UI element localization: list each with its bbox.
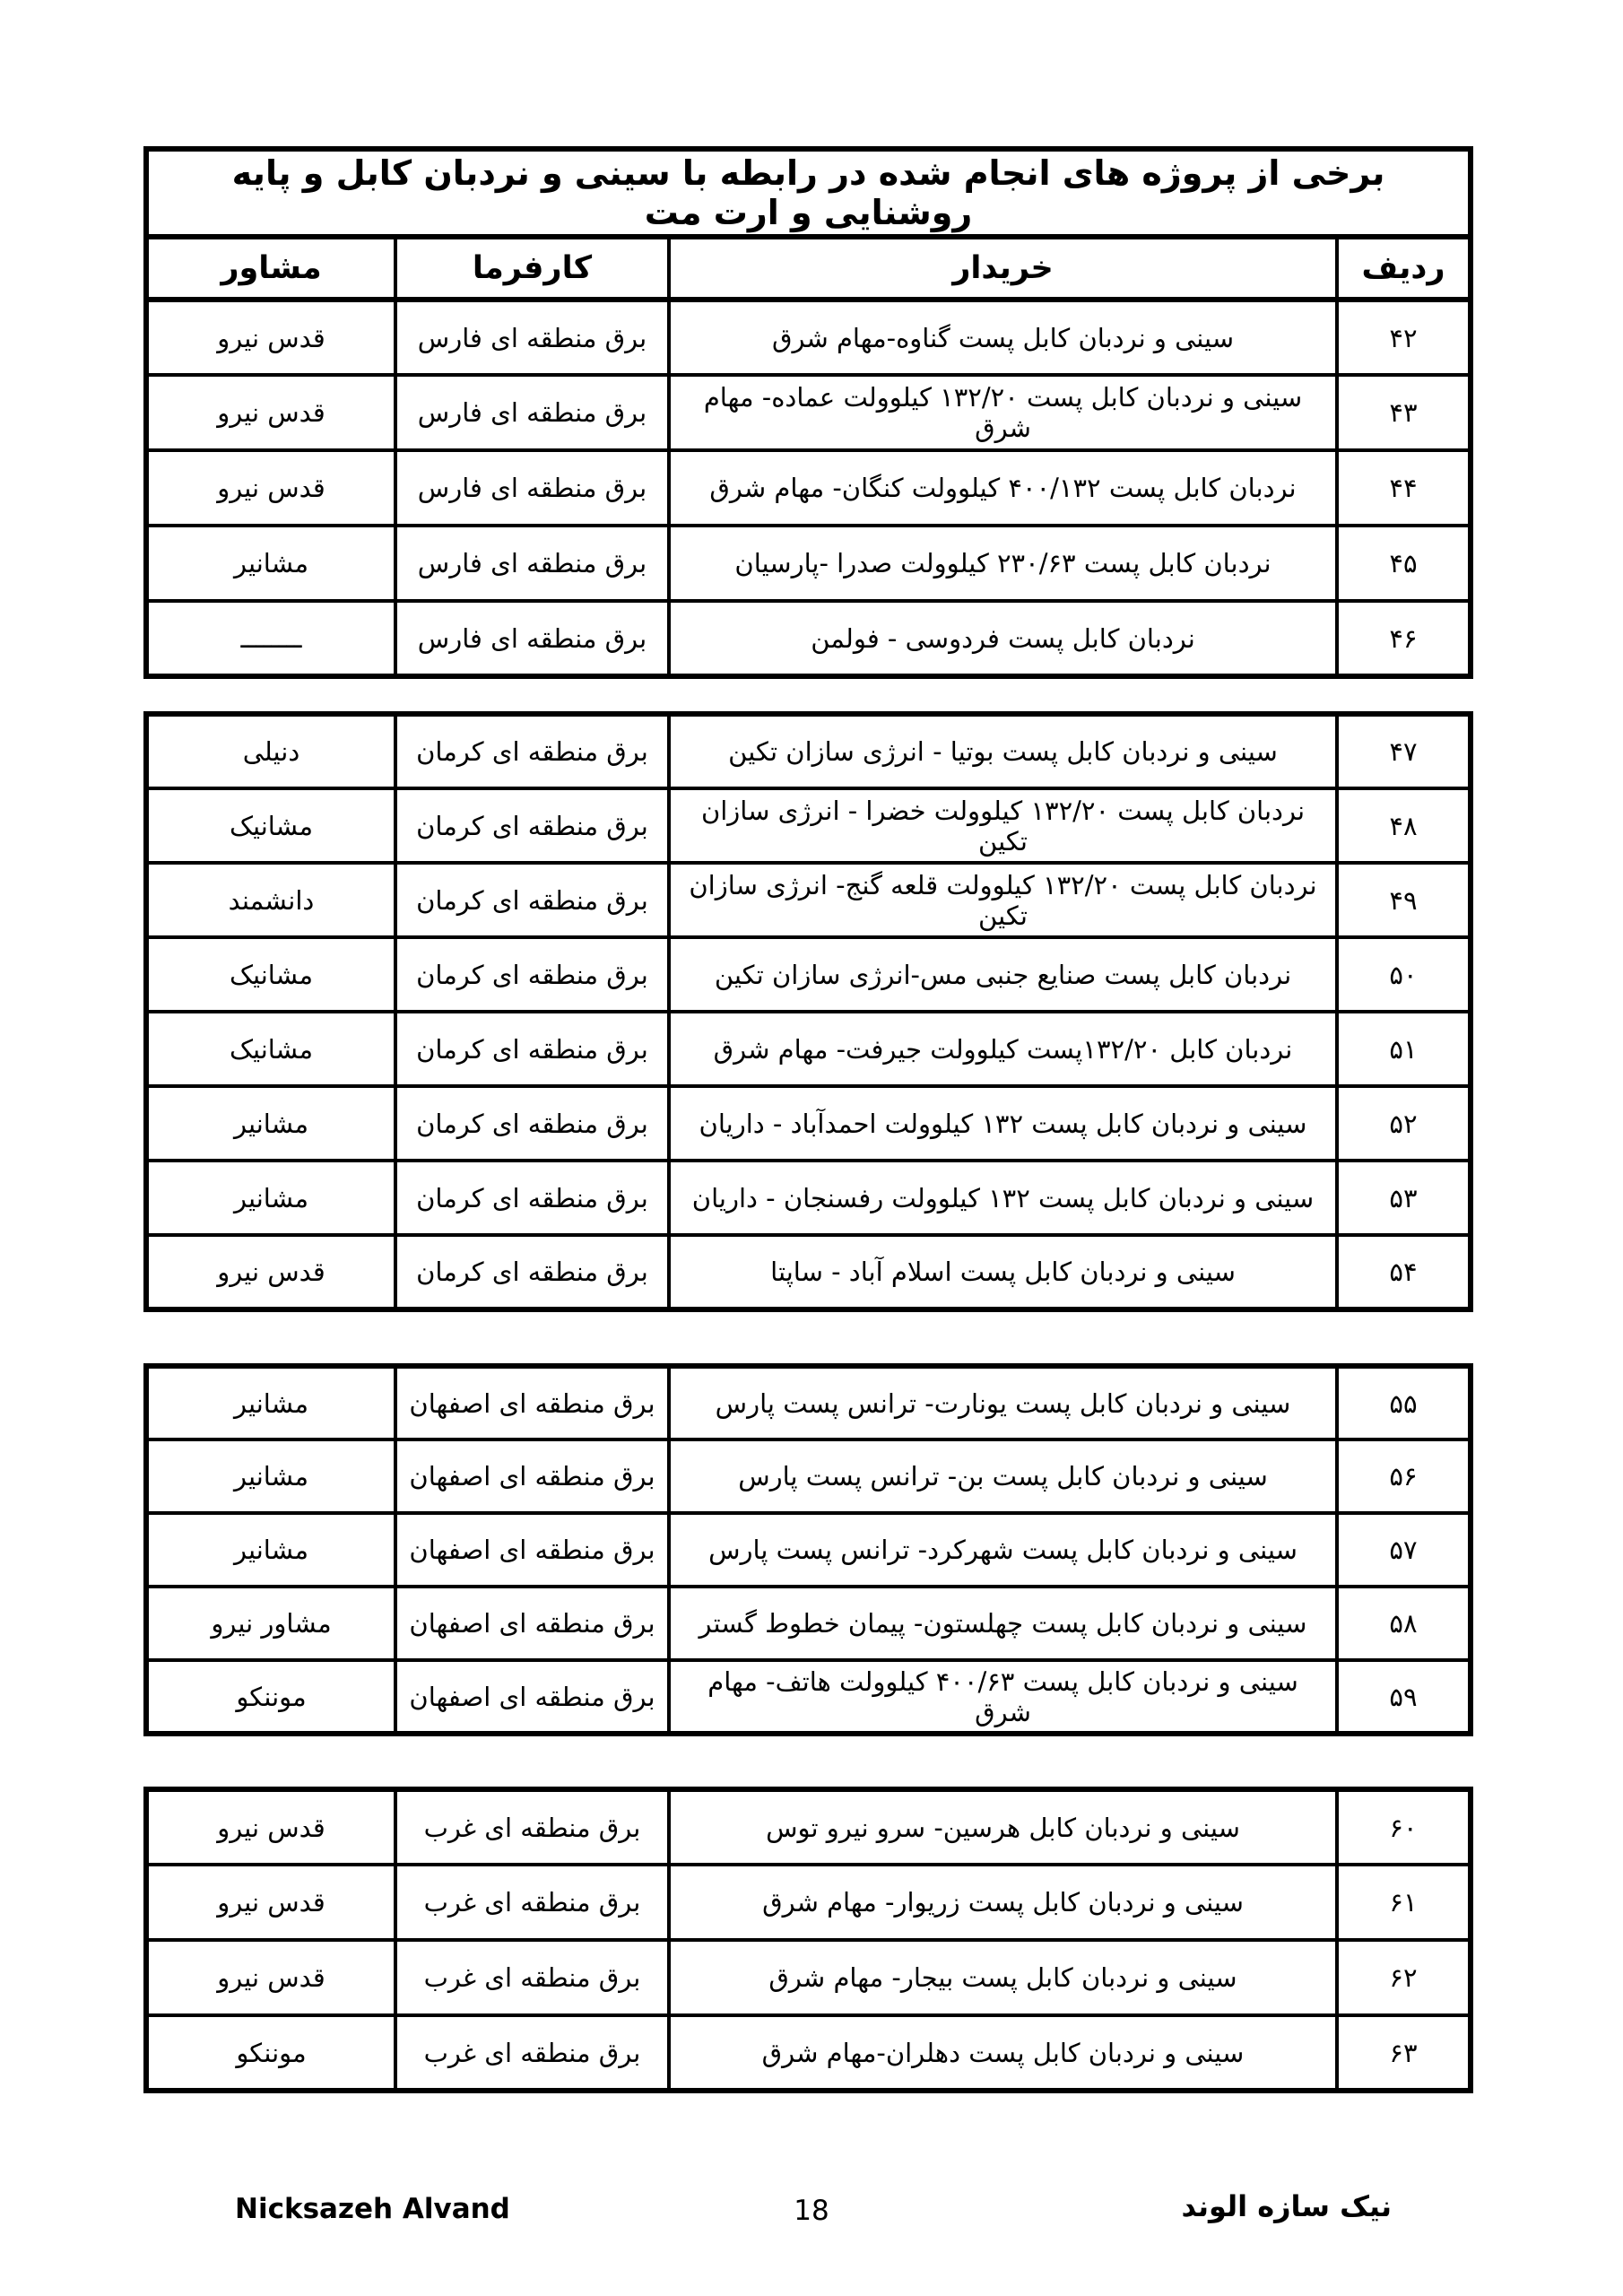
cell-row-number: ۴۸: [1337, 788, 1471, 863]
cell-row-number: ۵۰: [1337, 937, 1471, 1012]
cell-buyer: سینی و نردبان کابل پست ۱۳۲ کیلوولت رفسنج…: [669, 1161, 1337, 1235]
cell-buyer: سینی و نردبان کابل پست شهرکرد- ترانس پست…: [669, 1513, 1337, 1587]
projects-table-isfahan: ۵۵سینی و نردبان کابل پست یونارت- ترانس پ…: [143, 1363, 1473, 1736]
projects-table-gharb: ۶۰سینی و نردبان کابل هرسین- سرو نیرو توس…: [143, 1787, 1473, 2093]
cell-employer: برق منطقه ای کرمان: [395, 937, 669, 1012]
cell-row-number: ۴۷: [1337, 714, 1471, 788]
cell-employer: برق منطقه ای کرمان: [395, 788, 669, 863]
cell-buyer: نردبان کابل پست ۲۳۰/۶۳ کیلوولت صدرا -پار…: [669, 526, 1337, 601]
table-row: ۴۴نردبان کابل پست ۴۰۰/۱۳۲ کیلوولت کنگان-…: [146, 450, 1471, 526]
cell-consultant: قدس نیرو: [146, 1789, 395, 1865]
cell-consultant: مشانیر: [146, 1086, 395, 1161]
cell-buyer: سینی و نردبان کابل پست ۴۰۰/۶۳ کیلوولت ها…: [669, 1660, 1337, 1734]
cell-buyer: سینی و نردبان کابل پست یونارت- ترانس پست…: [669, 1366, 1337, 1439]
cell-consultant: مشاور نیرو: [146, 1587, 395, 1660]
cell-buyer: سینی و نردبان کابل پست اسلام آباد - ساپت…: [669, 1235, 1337, 1309]
cell-row-number: ۵۶: [1337, 1439, 1471, 1513]
table-row: ۵۴سینی و نردبان کابل پست اسلام آباد - سا…: [146, 1235, 1471, 1309]
cell-row-number: ۶۱: [1337, 1865, 1471, 1940]
cell-row-number: ۵۱: [1337, 1012, 1471, 1086]
cell-employer: برق منطقه ای فارس: [395, 375, 669, 450]
table-row: ۴۷سینی و نردبان کابل پست بوتیا - انرژی س…: [146, 714, 1471, 788]
cell-buyer: نردبان کابل پست ۱۳۲/۲۰ کیلوولت قلعه گنج-…: [669, 863, 1337, 937]
cell-consultant: قدس نیرو: [146, 1235, 395, 1309]
table-row: ۵۹سینی و نردبان کابل پست ۴۰۰/۶۳ کیلوولت …: [146, 1660, 1471, 1734]
table-row: ۵۶سینی و نردبان کابل پست بن- ترانس پست پ…: [146, 1439, 1471, 1513]
cell-consultant: دنیلی: [146, 714, 395, 788]
cell-row-number: ۶۲: [1337, 1940, 1471, 2015]
cell-row-number: ۴۲: [1337, 300, 1471, 375]
cell-employer: برق منطقه ای کرمان: [395, 714, 669, 788]
cell-employer: برق منطقه ای اصفهان: [395, 1660, 669, 1734]
cell-consultant: مشانیر: [146, 1439, 395, 1513]
cell-employer: برق منطقه ای فارس: [395, 601, 669, 676]
cell-consultant: مشانیر: [146, 1161, 395, 1235]
cell-employer: برق منطقه ای اصفهان: [395, 1587, 669, 1660]
table-row: ۶۳سینی و نردبان کابل پست دهلران-مهام شرق…: [146, 2015, 1471, 2091]
page-title: برخی از پروژه های انجام شده در رابطه با …: [146, 149, 1471, 237]
table-row: ۶۲سینی و نردبان کابل پست بیجار- مهام شرق…: [146, 1940, 1471, 2015]
cell-consultant: مشانیر: [146, 1513, 395, 1587]
cell-consultant: موننکو: [146, 2015, 395, 2091]
cell-buyer: سینی و نردبان کابل پست ۱۳۲ کیلوولت احمدآ…: [669, 1086, 1337, 1161]
col-header-employer: کارفرما: [395, 237, 669, 300]
col-header-buyer: خریدار: [669, 237, 1337, 300]
cell-employer: برق منطقه ای غرب: [395, 1789, 669, 1865]
document-page: { "title": "برخی از پروژه های انجام شده …: [0, 0, 1623, 2296]
cell-row-number: ۵۹: [1337, 1660, 1471, 1734]
cell-row-number: ۵۷: [1337, 1513, 1471, 1587]
cell-buyer: سینی و نردبان کابل هرسین- سرو نیرو توس: [669, 1789, 1337, 1865]
table-row: ۴۲سینی و نردبان کابل پست گناوه-مهام شرقب…: [146, 300, 1471, 375]
cell-employer: برق منطقه ای اصفهان: [395, 1439, 669, 1513]
table-row: ۶۰سینی و نردبان کابل هرسین- سرو نیرو توس…: [146, 1789, 1471, 1865]
cell-employer: برق منطقه ای غرب: [395, 1865, 669, 1940]
cell-consultant: قدس نیرو: [146, 375, 395, 450]
table-row: ۵۵سینی و نردبان کابل پست یونارت- ترانس پ…: [146, 1366, 1471, 1439]
cell-employer: برق منطقه ای فارس: [395, 526, 669, 601]
cell-consultant: دانشمند: [146, 863, 395, 937]
cell-row-number: ۴۴: [1337, 450, 1471, 526]
col-header-consultant: مشاور: [146, 237, 395, 300]
cell-consultant: قدس نیرو: [146, 300, 395, 375]
table-row: ۵۷سینی و نردبان کابل پست شهرکرد- ترانس پ…: [146, 1513, 1471, 1587]
cell-consultant: قدس نیرو: [146, 1940, 395, 2015]
cell-consultant: مشانیر: [146, 1366, 395, 1439]
cell-buyer: سینی و نردبان کابل پست زریوار- مهام شرق: [669, 1865, 1337, 1940]
cell-consultant: مشانیک: [146, 788, 395, 863]
cell-row-number: ۵۵: [1337, 1366, 1471, 1439]
cell-buyer: سینی و نردبان کابل پست ۱۳۲/۲۰ کیلوولت عم…: [669, 375, 1337, 450]
cell-employer: برق منطقه ای غرب: [395, 1940, 669, 2015]
table-row: ۵۰نردبان کابل پست صنایع جنبی مس-انرژی سا…: [146, 937, 1471, 1012]
cell-consultant: مشانیک: [146, 937, 395, 1012]
cell-consultant: مشانیک: [146, 1012, 395, 1086]
cell-row-number: ۶۰: [1337, 1789, 1471, 1865]
cell-buyer: نردبان کابل پست صنایع جنبی مس-انرژی سازا…: [669, 937, 1337, 1012]
table-row: ۴۹نردبان کابل پست ۱۳۲/۲۰ کیلوولت قلعه گن…: [146, 863, 1471, 937]
cell-employer: برق منطقه ای فارس: [395, 300, 669, 375]
table-row: ۶۱سینی و نردبان کابل پست زریوار- مهام شر…: [146, 1865, 1471, 1940]
cell-buyer: سینی و نردبان کابل پست بن- ترانس پست پار…: [669, 1439, 1337, 1513]
cell-buyer: سینی و نردبان کابل پست بیجار- مهام شرق: [669, 1940, 1337, 2015]
cell-employer: برق منطقه ای کرمان: [395, 1086, 669, 1161]
cell-buyer: نردبان کابل پست فردوسی - فولمن: [669, 601, 1337, 676]
cell-employer: برق منطقه ای فارس: [395, 450, 669, 526]
cell-employer: برق منطقه ای اصفهان: [395, 1513, 669, 1587]
page-footer: Nicksazeh Alvand 18 نیک سازه الوند: [0, 2193, 1623, 2247]
cell-row-number: ۶۳: [1337, 2015, 1471, 2091]
table-row: ۵۳سینی و نردبان کابل پست ۱۳۲ کیلوولت رفس…: [146, 1161, 1471, 1235]
cell-buyer: سینی و نردبان کابل پست چهلستون- پیمان خط…: [669, 1587, 1337, 1660]
cell-buyer: سینی و نردبان کابل پست دهلران-مهام شرق: [669, 2015, 1337, 2091]
cell-row-number: ۵۸: [1337, 1587, 1471, 1660]
table-title-row: برخی از پروژه های انجام شده در رابطه با …: [146, 149, 1471, 237]
cell-consultant: قدس نیرو: [146, 450, 395, 526]
cell-row-number: ۵۳: [1337, 1161, 1471, 1235]
cell-consultant: مشانیر: [146, 526, 395, 601]
cell-buyer: نردبان کابل پست ۱۳۲/۲۰ کیلوولت خضرا - ان…: [669, 788, 1337, 863]
cell-employer: برق منطقه ای کرمان: [395, 1235, 669, 1309]
table-row: ۴۵نردبان کابل پست ۲۳۰/۶۳ کیلوولت صدرا -پ…: [146, 526, 1471, 601]
cell-row-number: ۵۴: [1337, 1235, 1471, 1309]
cell-consultant: موننکو: [146, 1660, 395, 1734]
table-row: ۴۳سینی و نردبان کابل پست ۱۳۲/۲۰ کیلوولت …: [146, 375, 1471, 450]
cell-employer: برق منطقه ای کرمان: [395, 863, 669, 937]
cell-employer: برق منطقه ای کرمان: [395, 1012, 669, 1086]
cell-row-number: ۴۹: [1337, 863, 1471, 937]
cell-employer: برق منطقه ای کرمان: [395, 1161, 669, 1235]
cell-buyer: سینی و نردبان کابل پست گناوه-مهام شرق: [669, 300, 1337, 375]
table-header-row: ردیف خریدار کارفرما مشاور: [146, 237, 1471, 300]
table-row: ۴۸نردبان کابل پست ۱۳۲/۲۰ کیلوولت خضرا - …: [146, 788, 1471, 863]
table-row: ۵۸سینی و نردبان کابل پست چهلستون- پیمان …: [146, 1587, 1471, 1660]
cell-row-number: ۴۳: [1337, 375, 1471, 450]
cell-buyer: سینی و نردبان کابل پست بوتیا - انرژی ساز…: [669, 714, 1337, 788]
projects-table-kerman: ۴۷سینی و نردبان کابل پست بوتیا - انرژی س…: [143, 711, 1473, 1312]
cell-employer: برق منطقه ای غرب: [395, 2015, 669, 2091]
projects-table-fars: برخی از پروژه های انجام شده در رابطه با …: [143, 146, 1473, 679]
cell-consultant: ــــــــ: [146, 601, 395, 676]
cell-row-number: ۵۲: [1337, 1086, 1471, 1161]
table-row: ۵۲سینی و نردبان کابل پست ۱۳۲ کیلوولت احم…: [146, 1086, 1471, 1161]
cell-row-number: ۴۵: [1337, 526, 1471, 601]
table-row: ۵۱نردبان کابل ۱۳۲/۲۰پست کیلوولت جیرفت- م…: [146, 1012, 1471, 1086]
cell-buyer: نردبان کابل پست ۴۰۰/۱۳۲ کیلوولت کنگان- م…: [669, 450, 1337, 526]
cell-row-number: ۴۶: [1337, 601, 1471, 676]
cell-consultant: قدس نیرو: [146, 1865, 395, 1940]
table-row: ۴۶نردبان کابل پست فردوسی - فولمنبرق منطق…: [146, 601, 1471, 676]
cell-employer: برق منطقه ای اصفهان: [395, 1366, 669, 1439]
footer-company-name-farsi: نیک سازه الوند: [1182, 2189, 1392, 2223]
cell-buyer: نردبان کابل ۱۳۲/۲۰پست کیلوولت جیرفت- مها…: [669, 1012, 1337, 1086]
col-header-row-number: ردیف: [1337, 237, 1471, 300]
